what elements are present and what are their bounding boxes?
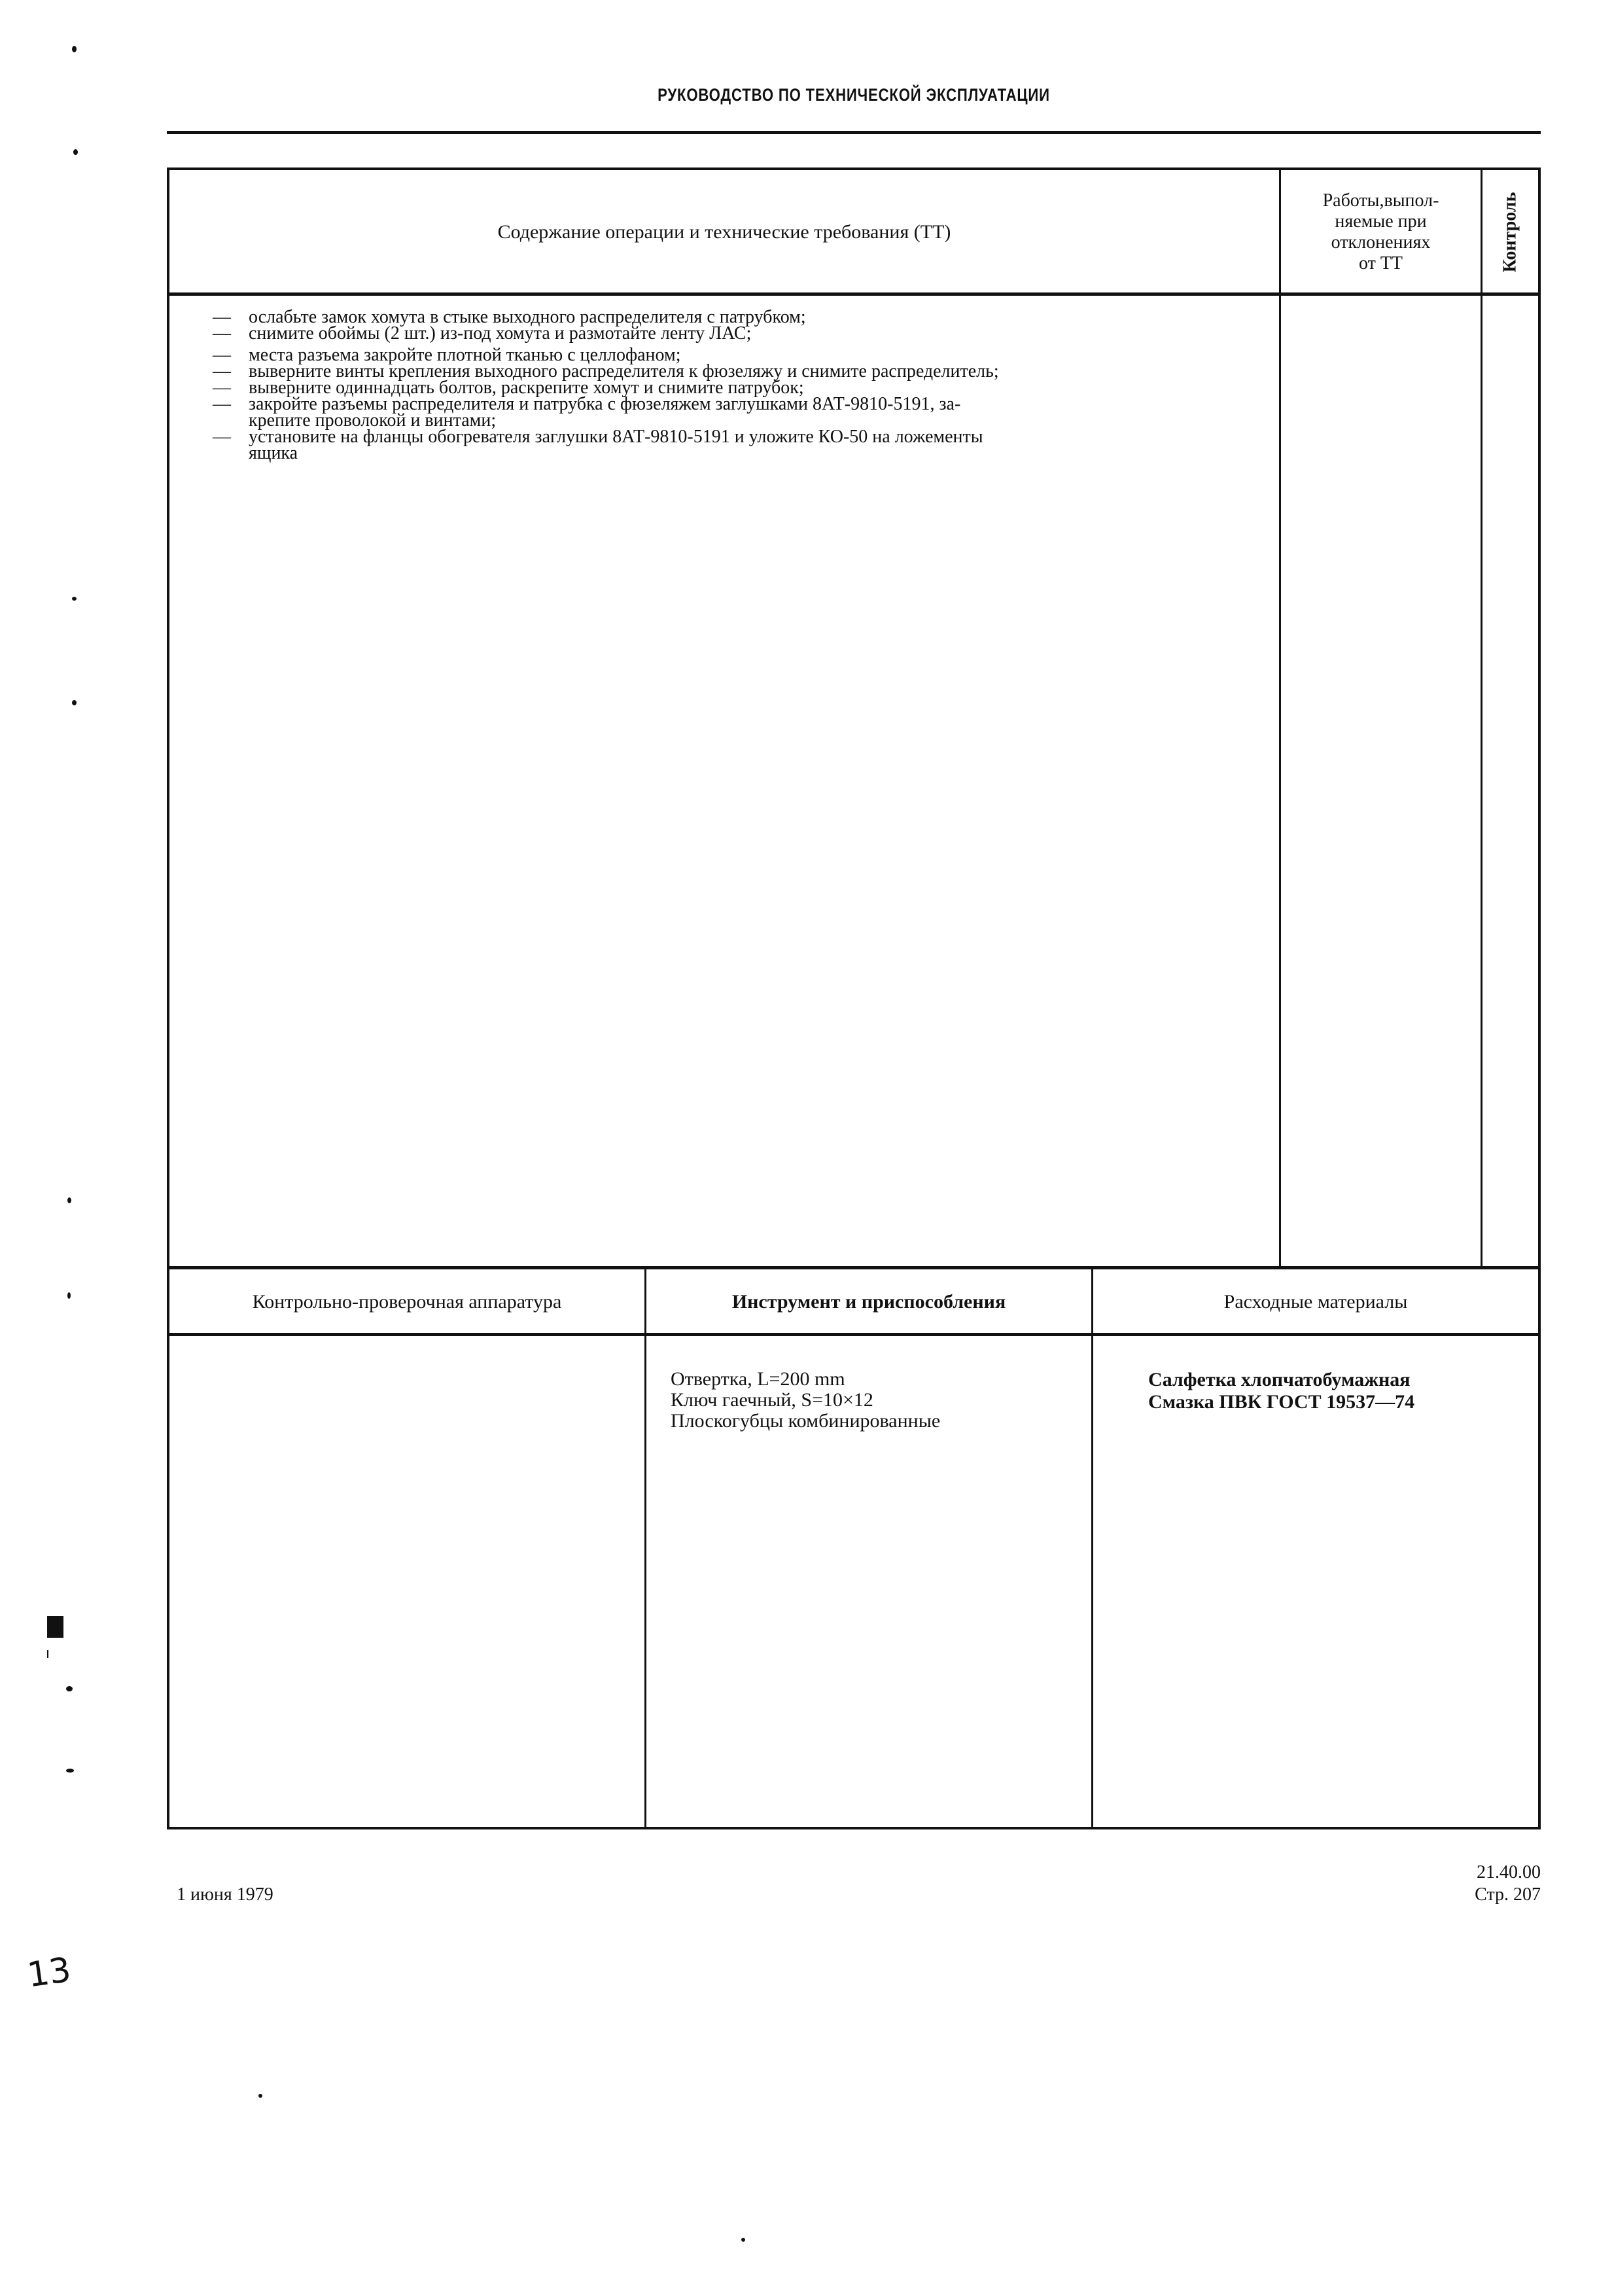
tool-item: Ключ гаечный, S=10×12 [671,1390,940,1411]
running-head: РУКОВОДСТВО ПО ТЕХНИЧЕСКОЙ ЭКСПЛУАТАЦИИ [290,85,1417,105]
operation-item: снимите обоймы (2 шт.) из-под хомута и р… [213,325,1259,342]
tools-list: Отвертка, L=200 mm Ключ гаечный, S=10×12… [671,1369,940,1432]
header-test-equipment: Контрольно-проверочная аппаратура [169,1269,644,1335]
operation-item: установите на фланцы обогревателя заглуш… [213,429,1259,461]
scan-speck [741,2238,745,2242]
operation-item: закройте разъемы распределителя и патруб… [213,396,1259,429]
column-divider [1481,169,1482,1268]
operations-list: ослабьте замок хомута в стыке выходного … [213,309,1259,461]
scan-speck [67,1292,71,1299]
tool-item: Плоскогубцы комбинированные [671,1411,940,1432]
header-control: Контроль [1482,170,1538,294]
operation-line: снимите обоймы (2 шт.) из-под хомута и р… [249,325,1259,342]
scan-speck [47,1650,48,1658]
operation-line: ящика [249,445,1259,461]
header-consumables: Расходные материалы [1093,1269,1538,1335]
header-deviation-line: няемые при [1323,211,1439,232]
scan-speck [66,1686,73,1691]
section-code: 21.40.00 [1475,1862,1541,1884]
issue-date: 1 июня 1979 [177,1884,273,1905]
scan-mark-block [47,1616,63,1638]
scan-speck [66,1769,74,1773]
header-deviation-work: Работы,выпол- няемые при отклонениях от … [1281,170,1481,294]
header-control-label: Контроль [1500,192,1521,273]
scan-speck [72,700,77,705]
scan-speck [67,1197,71,1203]
scan-speck [72,597,77,601]
scan-speck [73,149,78,155]
operation-line: установите на фланцы обогревателя заглуш… [249,429,1259,445]
tool-item: Отвертка, L=200 mm [671,1369,940,1390]
column-divider [1091,1268,1093,1829]
scan-speck [72,46,77,52]
page-reference: 21.40.00 Стр. 207 [1475,1862,1541,1906]
column-divider [1279,169,1281,1268]
scan-speck [258,2094,262,2098]
header-rule [167,131,1541,134]
header-operation-content: Содержание операции и технические требов… [169,170,1279,294]
consumable-item: Смазка ПВК ГОСТ 19537—74 [1148,1391,1414,1413]
column-divider [644,1268,646,1829]
consumables-list: Салфетка хлопчатобумажная Смазка ПВК ГОС… [1148,1369,1414,1413]
handwritten-margin-note: 13 [25,1951,73,1996]
header-tools: Инструмент и приспособления [646,1269,1091,1335]
header-deviation-line: от ТТ [1323,253,1439,274]
header-deviation-line: Работы,выпол- [1323,190,1439,211]
page-number: Стр. 207 [1475,1884,1541,1906]
consumable-item: Салфетка хлопчатобумажная [1148,1369,1414,1391]
header-deviation-line: отклонениях [1323,232,1439,253]
